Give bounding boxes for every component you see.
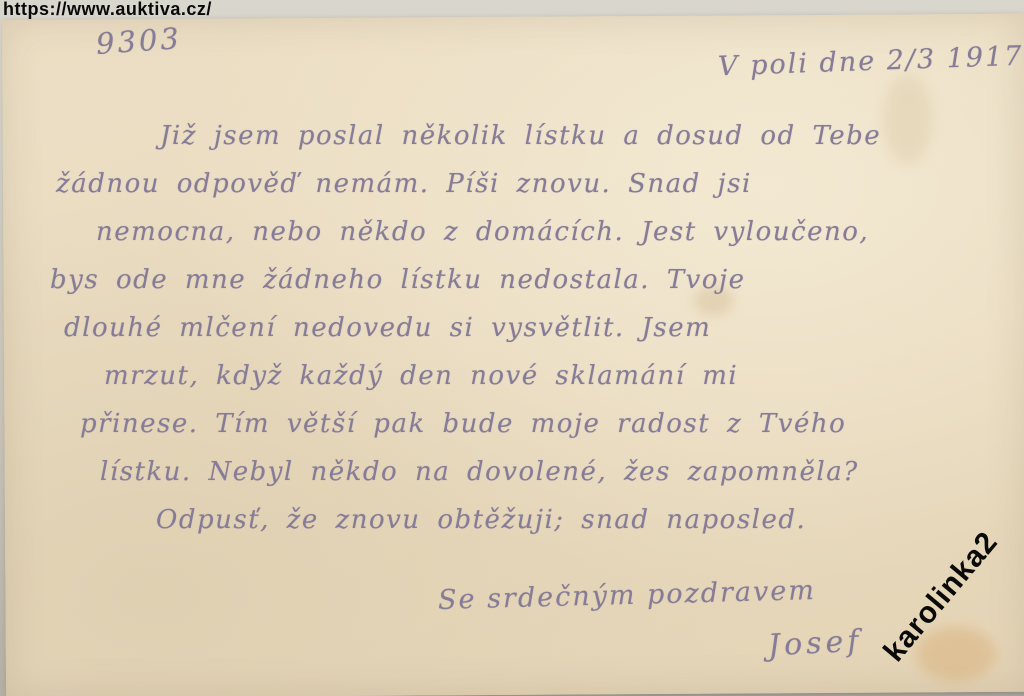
letter-line: lístku. Nebyl někdo na dovolené, žes zap… — [38, 448, 998, 496]
letter-line: Již jsem poslal několik lístku a dosud o… — [38, 112, 998, 160]
handwritten-letter-body: Již jsem poslal několik lístku a dosud o… — [38, 112, 998, 544]
scanned-postcard-image: https://www.auktiva.cz/ 9303 V poli dne … — [0, 0, 1024, 696]
letter-signature: Josef — [767, 624, 863, 664]
letter-line: žádnou odpověď nemám. Píši znovu. Snad j… — [38, 160, 998, 208]
letter-line: mrzut, když každý den nové sklamání mi — [38, 352, 998, 400]
pencil-catalog-number: 9303 — [95, 21, 183, 61]
letter-line: nemocna, nebo někdo z domácích. Jest vyl… — [38, 208, 998, 256]
letter-line: Odpusť, že znovu obtěžuji; snad naposled… — [38, 496, 998, 544]
letter-line: dlouhé mlčení nedovedu si vysvětlit. Jse… — [38, 304, 998, 352]
letter-line: přinese. Tím větší pak bude moje radost … — [38, 400, 998, 448]
auction-site-url-watermark: https://www.auktiva.cz/ — [3, 0, 212, 20]
letter-line: bys ode mne žádneho lístku nedostala. Tv… — [38, 256, 998, 304]
